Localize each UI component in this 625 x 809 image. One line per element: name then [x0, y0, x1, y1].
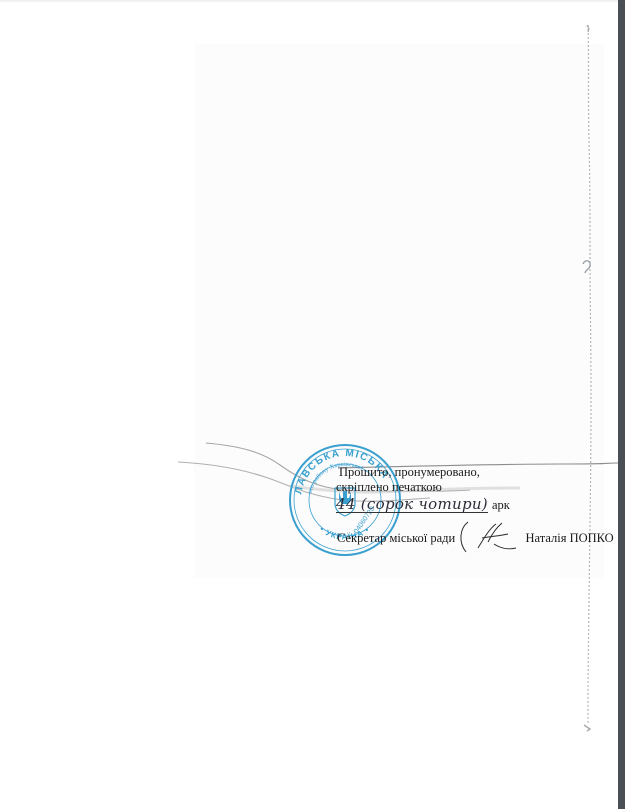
- document-page: ЛАВСЬКА МІСЬКА ого району Харківської • …: [0, 0, 618, 809]
- handwritten-signature: [458, 520, 520, 550]
- signature-line: Секретар міської ради Наталія ПОПКО: [337, 524, 614, 554]
- signer-position: Секретар міської ради: [337, 531, 455, 545]
- viewer-scrollbar[interactable]: [618, 0, 625, 809]
- certification-line-1: Прошито, пронумеровано,: [339, 465, 480, 480]
- certification-line-2: скріплено печаткою: [336, 480, 442, 495]
- signer-name: Наталія ПОПКО: [525, 531, 613, 545]
- page-top-edge: [0, 0, 618, 3]
- sheet-unit: арк: [492, 498, 510, 512]
- handwritten-sheet-count: 44 (сорок чотири): [336, 496, 488, 513]
- sheet-count-line: 44 (сорок чотири)арк: [336, 496, 536, 513]
